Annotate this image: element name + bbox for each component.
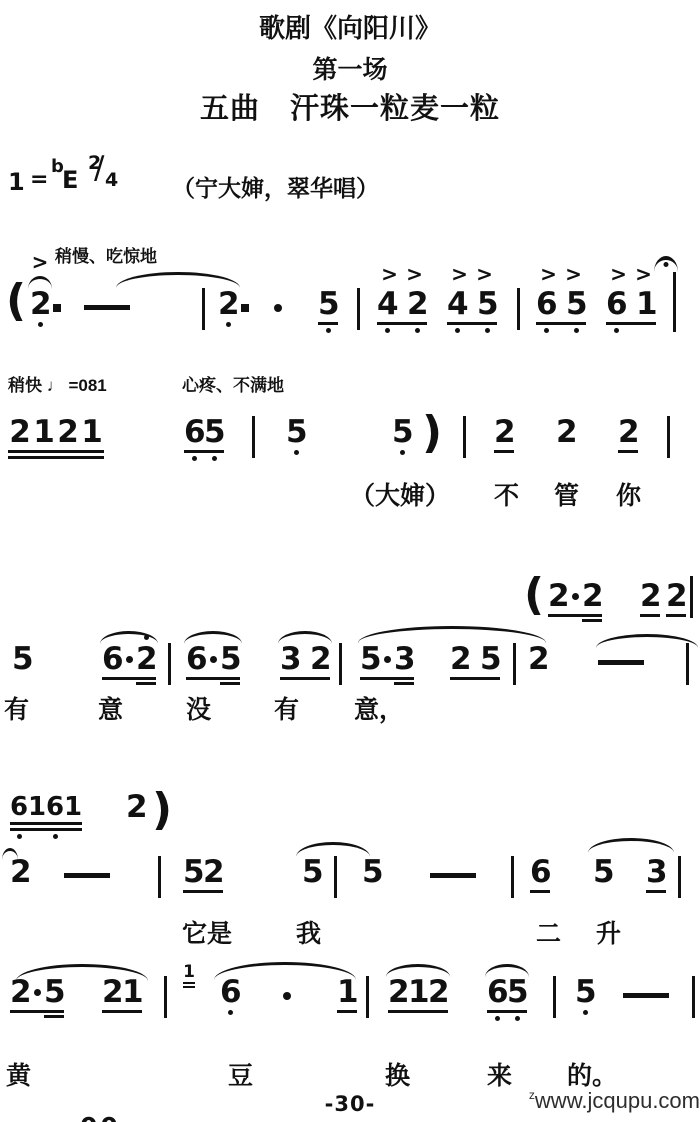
- low-octave-dots: [286, 450, 306, 456]
- beam-underline: [360, 677, 414, 680]
- duration-dot: [283, 992, 291, 1000]
- lyric-text: 你: [616, 476, 641, 512]
- beam-underline: [447, 322, 497, 325]
- low-octave-dots: [447, 328, 497, 334]
- partial-underline: [136, 682, 156, 685]
- slur-arc: [588, 838, 674, 853]
- note-digits: 2: [494, 418, 514, 447]
- beam-underline: [548, 614, 602, 617]
- note-digits: 6161: [10, 795, 82, 819]
- note: >>45: [447, 290, 497, 334]
- accent-marks: >: [30, 252, 50, 272]
- beam-underline: [450, 677, 500, 680]
- slur-arc: [214, 962, 356, 980]
- barline: [463, 416, 466, 458]
- beam-underline: [102, 677, 156, 680]
- beam-underline: [183, 890, 223, 893]
- note-digits: 22: [548, 582, 602, 611]
- phrase-paren: (: [6, 278, 26, 324]
- note: 32: [280, 645, 330, 680]
- note: 53: [360, 645, 414, 685]
- note-digits: 6: [530, 858, 550, 887]
- note-digits: 53: [360, 645, 414, 674]
- low-octave-dots: [606, 328, 656, 334]
- phrase-paren: ): [422, 410, 442, 456]
- barline: [164, 976, 167, 1018]
- clipped-next-line: 00: [80, 1112, 121, 1122]
- note-digits: 212: [388, 978, 448, 1007]
- beam-underline: [388, 1010, 448, 1013]
- barline: [357, 288, 360, 330]
- phrase-paren: (: [524, 572, 544, 618]
- beam-underline: [640, 614, 660, 617]
- beam-underline: [606, 322, 656, 325]
- note-digits: 2: [640, 582, 660, 611]
- lyric-text: 没: [186, 690, 211, 726]
- low-octave-dots: [377, 328, 427, 334]
- note-digits: 25: [10, 978, 64, 1007]
- low-octave-dots: [10, 834, 82, 840]
- note-digits: 42: [377, 290, 427, 319]
- beam-underline: [618, 450, 638, 453]
- beam-underline: [8, 450, 104, 453]
- note: 3: [646, 858, 666, 893]
- low-octave-dots: [184, 456, 224, 462]
- note: 2: [666, 582, 686, 617]
- note-digits: 65: [184, 418, 224, 447]
- beam-underline: [318, 322, 338, 325]
- note: 2: [218, 290, 238, 328]
- note: 5: [575, 978, 595, 1016]
- beam-underline: [280, 677, 330, 680]
- slur-arc: [116, 272, 240, 288]
- beam-underline: [8, 456, 104, 459]
- dash-note: [84, 305, 130, 310]
- beam-underline: [10, 822, 82, 825]
- note: 5: [286, 418, 306, 456]
- fermata-icon: [654, 256, 678, 272]
- note-digits: 5: [575, 978, 595, 1007]
- page-number: -30-: [325, 1092, 376, 1116]
- notation-area: (>225>>42>>45>>65>>6121216555)222（大婶）不管你…: [0, 0, 700, 1122]
- note: 25: [450, 645, 500, 680]
- barline: [673, 272, 676, 332]
- partial-underline: [394, 682, 414, 685]
- beam-underline: [10, 828, 82, 831]
- note-digits: 5: [318, 290, 338, 319]
- lyric-text: 换: [385, 1056, 410, 1092]
- note: 5: [12, 645, 32, 674]
- note-digits: 65: [536, 290, 586, 319]
- beam-underline: [530, 890, 550, 893]
- lyric-text: 意: [98, 690, 123, 726]
- note: 5: [362, 858, 382, 887]
- note: 65: [186, 645, 240, 685]
- note: 6161: [10, 795, 82, 840]
- partial-underline: [44, 1015, 64, 1018]
- note-digits: 5: [593, 858, 613, 887]
- beam-underline: [646, 890, 666, 893]
- note-digits: 25: [450, 645, 500, 674]
- lyric-text: 豆: [228, 1056, 253, 1092]
- dash-note: [64, 873, 110, 878]
- note-digits: 1: [183, 964, 195, 980]
- note: 2: [618, 418, 638, 453]
- beam-underline: [487, 1010, 527, 1013]
- phrase-paren: ): [152, 787, 172, 833]
- note-digits: 6: [220, 978, 240, 1007]
- slur-arc: [358, 626, 546, 643]
- low-octave-dots: [575, 1010, 595, 1016]
- beam-underline: [184, 450, 224, 453]
- barline: [334, 856, 337, 898]
- low-octave-dots: [536, 328, 586, 334]
- beam-underline: [183, 986, 195, 988]
- dash-note: [598, 660, 644, 665]
- lyric-text: （大婶）: [350, 476, 450, 512]
- note-digits: 5: [392, 418, 412, 447]
- note: 2: [126, 793, 146, 822]
- lyric-text: 有: [274, 690, 299, 726]
- lyric-text: 二: [536, 914, 561, 950]
- lyric-text: 意，: [354, 690, 404, 726]
- lyric-text: 来: [487, 1056, 512, 1092]
- dash-note: [430, 873, 476, 878]
- beam-underline: [186, 677, 240, 680]
- beam-underline: [494, 450, 514, 453]
- lyric-text: 我: [296, 914, 321, 950]
- slur-arc: [2, 848, 18, 860]
- note-digits: 65: [186, 645, 240, 674]
- dash-note: [623, 993, 669, 998]
- partial-underline: [220, 682, 240, 685]
- note-digits: 2: [556, 418, 576, 447]
- barline: [366, 976, 369, 1018]
- beam-underline: [536, 322, 586, 325]
- note: >>42: [377, 290, 427, 334]
- watermark-url: www.jcqupu.com: [535, 1088, 700, 1113]
- note: 2121: [8, 418, 104, 459]
- lyric-text: 不: [494, 476, 519, 512]
- note: 2: [528, 645, 548, 674]
- note-digits: 62: [102, 645, 156, 674]
- note: 5: [302, 858, 322, 887]
- slur-arc: [184, 631, 242, 644]
- augmentation-dot: [53, 304, 61, 312]
- slur-arc: [278, 631, 332, 644]
- note: >>65: [536, 290, 586, 334]
- beam-underline: [183, 982, 195, 984]
- low-octave-dots: [218, 322, 238, 328]
- accent-marks: >>: [377, 264, 427, 284]
- note-digits: 2: [10, 858, 30, 887]
- note: 2: [10, 858, 30, 887]
- note: 2: [494, 418, 514, 453]
- barline: [690, 576, 693, 618]
- duration-dot: [274, 304, 282, 312]
- slur-arc: [485, 964, 529, 977]
- barline: [511, 856, 514, 898]
- note-digits: 21: [102, 978, 142, 1007]
- note: 65: [487, 978, 527, 1022]
- note-digits: 2: [218, 290, 238, 319]
- partial-underline: [582, 619, 602, 622]
- note: 6: [530, 858, 550, 893]
- note: >>61: [606, 290, 656, 334]
- low-octave-dots: [318, 328, 338, 334]
- note-digits: 61: [606, 290, 656, 319]
- low-octave-dots: [392, 450, 412, 456]
- note: 2: [556, 418, 576, 447]
- slur-arc: [28, 276, 52, 289]
- beam-underline: [337, 1010, 357, 1013]
- slur-arc: [596, 634, 698, 648]
- accent-marks: >>: [447, 264, 497, 284]
- note: >2: [30, 290, 50, 328]
- sheet-music-page: 歌剧《向阳川》 第一场 五曲 汗珠一粒麦一粒 1 = b E 2 / 4 （宁大…: [0, 0, 700, 1122]
- accent-marks: >>: [536, 264, 586, 284]
- accent-marks: >>: [606, 264, 656, 284]
- note-digits: 45: [447, 290, 497, 319]
- low-octave-dots: [220, 1010, 240, 1016]
- beam-underline: [102, 1010, 142, 1013]
- note-digits: 5: [286, 418, 306, 447]
- lyric-text: 升: [596, 914, 621, 950]
- note: 212: [388, 978, 448, 1013]
- watermark: zwww.jcqupu.com: [529, 1088, 700, 1114]
- note: 5: [593, 858, 613, 887]
- beam-underline: [666, 614, 686, 617]
- note: 52: [183, 858, 223, 893]
- note-digits: 65: [487, 978, 527, 1007]
- note: 5: [392, 418, 412, 456]
- barline: [513, 643, 516, 685]
- barline: [339, 643, 342, 685]
- high-octave-dots: [102, 635, 156, 641]
- note-digits: 2: [126, 793, 146, 822]
- beam-underline: [10, 1010, 64, 1013]
- note: 6: [220, 978, 240, 1016]
- note-digits: 5: [362, 858, 382, 887]
- beam-underline: [377, 322, 427, 325]
- note-digits: 2: [528, 645, 548, 674]
- note-digits: 2: [30, 290, 50, 319]
- note: 21: [102, 978, 142, 1013]
- lyric-text: 的。: [567, 1056, 617, 1092]
- note: 1: [337, 978, 357, 1013]
- barline: [553, 976, 556, 1018]
- augmentation-dot: [241, 304, 249, 312]
- lyric-text: 有: [4, 690, 29, 726]
- note-digits: 32: [280, 645, 330, 674]
- barline: [678, 856, 681, 898]
- barline: [686, 643, 689, 685]
- slur-arc: [16, 964, 148, 981]
- note: 22: [548, 582, 602, 622]
- grace-note: 1: [183, 964, 195, 988]
- low-octave-dots: [30, 322, 50, 328]
- barline: [158, 856, 161, 898]
- barline: [202, 288, 205, 330]
- lyric-text: 它是: [182, 914, 232, 950]
- note-digits: 2: [666, 582, 686, 611]
- note-digits: 2: [618, 418, 638, 447]
- note-digits: 1: [337, 978, 357, 1007]
- barline: [168, 643, 171, 685]
- note-digits: 52: [183, 858, 223, 887]
- low-octave-dots: [487, 1016, 527, 1022]
- note: 25: [10, 978, 64, 1018]
- barline: [517, 288, 520, 330]
- note: 62: [102, 645, 156, 685]
- slur-arc: [386, 964, 450, 977]
- lyric-text: 黄: [6, 1056, 31, 1092]
- barline: [252, 416, 255, 458]
- lyric-text: 管: [554, 476, 579, 512]
- note-digits: 5: [12, 645, 32, 674]
- note: 65: [184, 418, 224, 462]
- note-digits: 3: [646, 858, 666, 887]
- note: 5: [318, 290, 338, 334]
- note-digits: 5: [302, 858, 322, 887]
- barline: [667, 416, 670, 458]
- barline: [692, 976, 695, 1018]
- slur-arc: [296, 842, 370, 857]
- note: 2: [640, 582, 660, 617]
- note-digits: 2121: [8, 418, 104, 447]
